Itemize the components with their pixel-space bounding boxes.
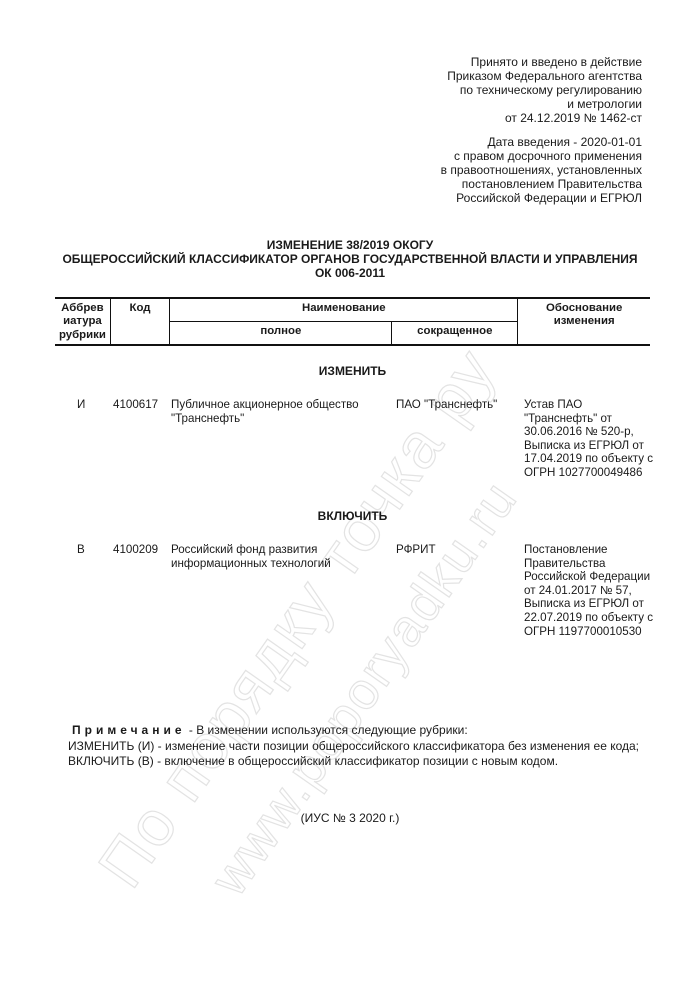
note-intro: Примечание - В изменении используются сл…: [72, 723, 672, 739]
approval-line: Принято и введено в действие: [441, 55, 642, 69]
effective-line: Российской Федерации и ЕГРЮЛ: [441, 191, 642, 205]
effective-line: постановлением Правительства: [441, 177, 642, 191]
note-block: Примечание - В изменении используются сл…: [72, 723, 672, 770]
row-basis: Устав ПАО "Транснефть" от 30.06.2016 № 5…: [524, 398, 654, 480]
row-short-name: ПАО "Транснефть": [396, 398, 516, 412]
title-line-amendment: ИЗМЕНЕНИЕ 38/2019 ОКОГУ: [40, 238, 660, 252]
header-code: Код: [110, 298, 169, 345]
approval-line: от 24.12.2019 № 1462-ст: [441, 111, 642, 125]
note-label: Примечание: [72, 723, 186, 737]
header-name-short: сокращенное: [392, 322, 518, 346]
effective-date: Дата введения - 2020-01-01 с правом доср…: [441, 135, 642, 205]
section-heading-include: ВКЛЮЧИТЬ: [55, 510, 650, 524]
row-short-name: РФРИТ: [396, 543, 516, 557]
title-line-classifier: ОБЩЕРОССИЙСКИЙ КЛАССИФИКАТОР ОРГАНОВ ГОС…: [40, 252, 660, 266]
section-heading-change: ИЗМЕНИТЬ: [55, 365, 650, 379]
header-abbr: Аббрев иатура рубрики: [55, 298, 110, 345]
header-basis: Обоснование изменения: [518, 298, 650, 345]
row-abbr: И: [77, 398, 85, 412]
note-include: ВКЛЮЧИТЬ (В) - включение в общероссийски…: [68, 754, 672, 770]
approval-order: Принято и введено в действие Приказом Фе…: [441, 55, 642, 125]
effective-line: Дата введения - 2020-01-01: [441, 135, 642, 149]
document-page: По порядку точка ру www.poporyadku.ru Пр…: [0, 0, 700, 990]
row-full-name: Публичное акционерное общество "Транснеф…: [171, 398, 391, 425]
row-code: 4100617: [113, 398, 158, 412]
note-intro-text: - В изменении используются следующие руб…: [186, 723, 468, 737]
approval-line: Приказом Федерального агентства: [441, 69, 642, 83]
approval-line: по техническому регулированию: [441, 83, 642, 97]
document-title: ИЗМЕНЕНИЕ 38/2019 ОКОГУ ОБЩЕРОССИЙСКИЙ К…: [40, 238, 660, 280]
row-basis: Постановление Правительства Российской Ф…: [524, 543, 654, 638]
approval-block: Принято и введено в действие Приказом Фе…: [441, 55, 642, 215]
table-header: Аббрев иатура рубрики Код Наименование О…: [55, 297, 650, 346]
header-name: Наименование: [170, 298, 518, 322]
note-change: ИЗМЕНИТЬ (И) - изменение части позиции о…: [68, 739, 672, 755]
effective-line: с правом досрочного применения: [441, 149, 642, 163]
source-reference: (ИУС № 3 2020 г.): [0, 812, 700, 826]
row-abbr: В: [77, 543, 85, 557]
watermark-text: По порядку точка ру: [109, 353, 487, 884]
effective-line: в правоотношениях, установленных: [441, 163, 642, 177]
row-code: 4100209: [113, 543, 158, 557]
approval-line: и метрологии: [441, 97, 642, 111]
header-name-full: полное: [170, 322, 392, 346]
title-line-code: ОК 006-2011: [40, 266, 660, 280]
row-full-name: Российский фонд развития информационных …: [171, 543, 391, 570]
